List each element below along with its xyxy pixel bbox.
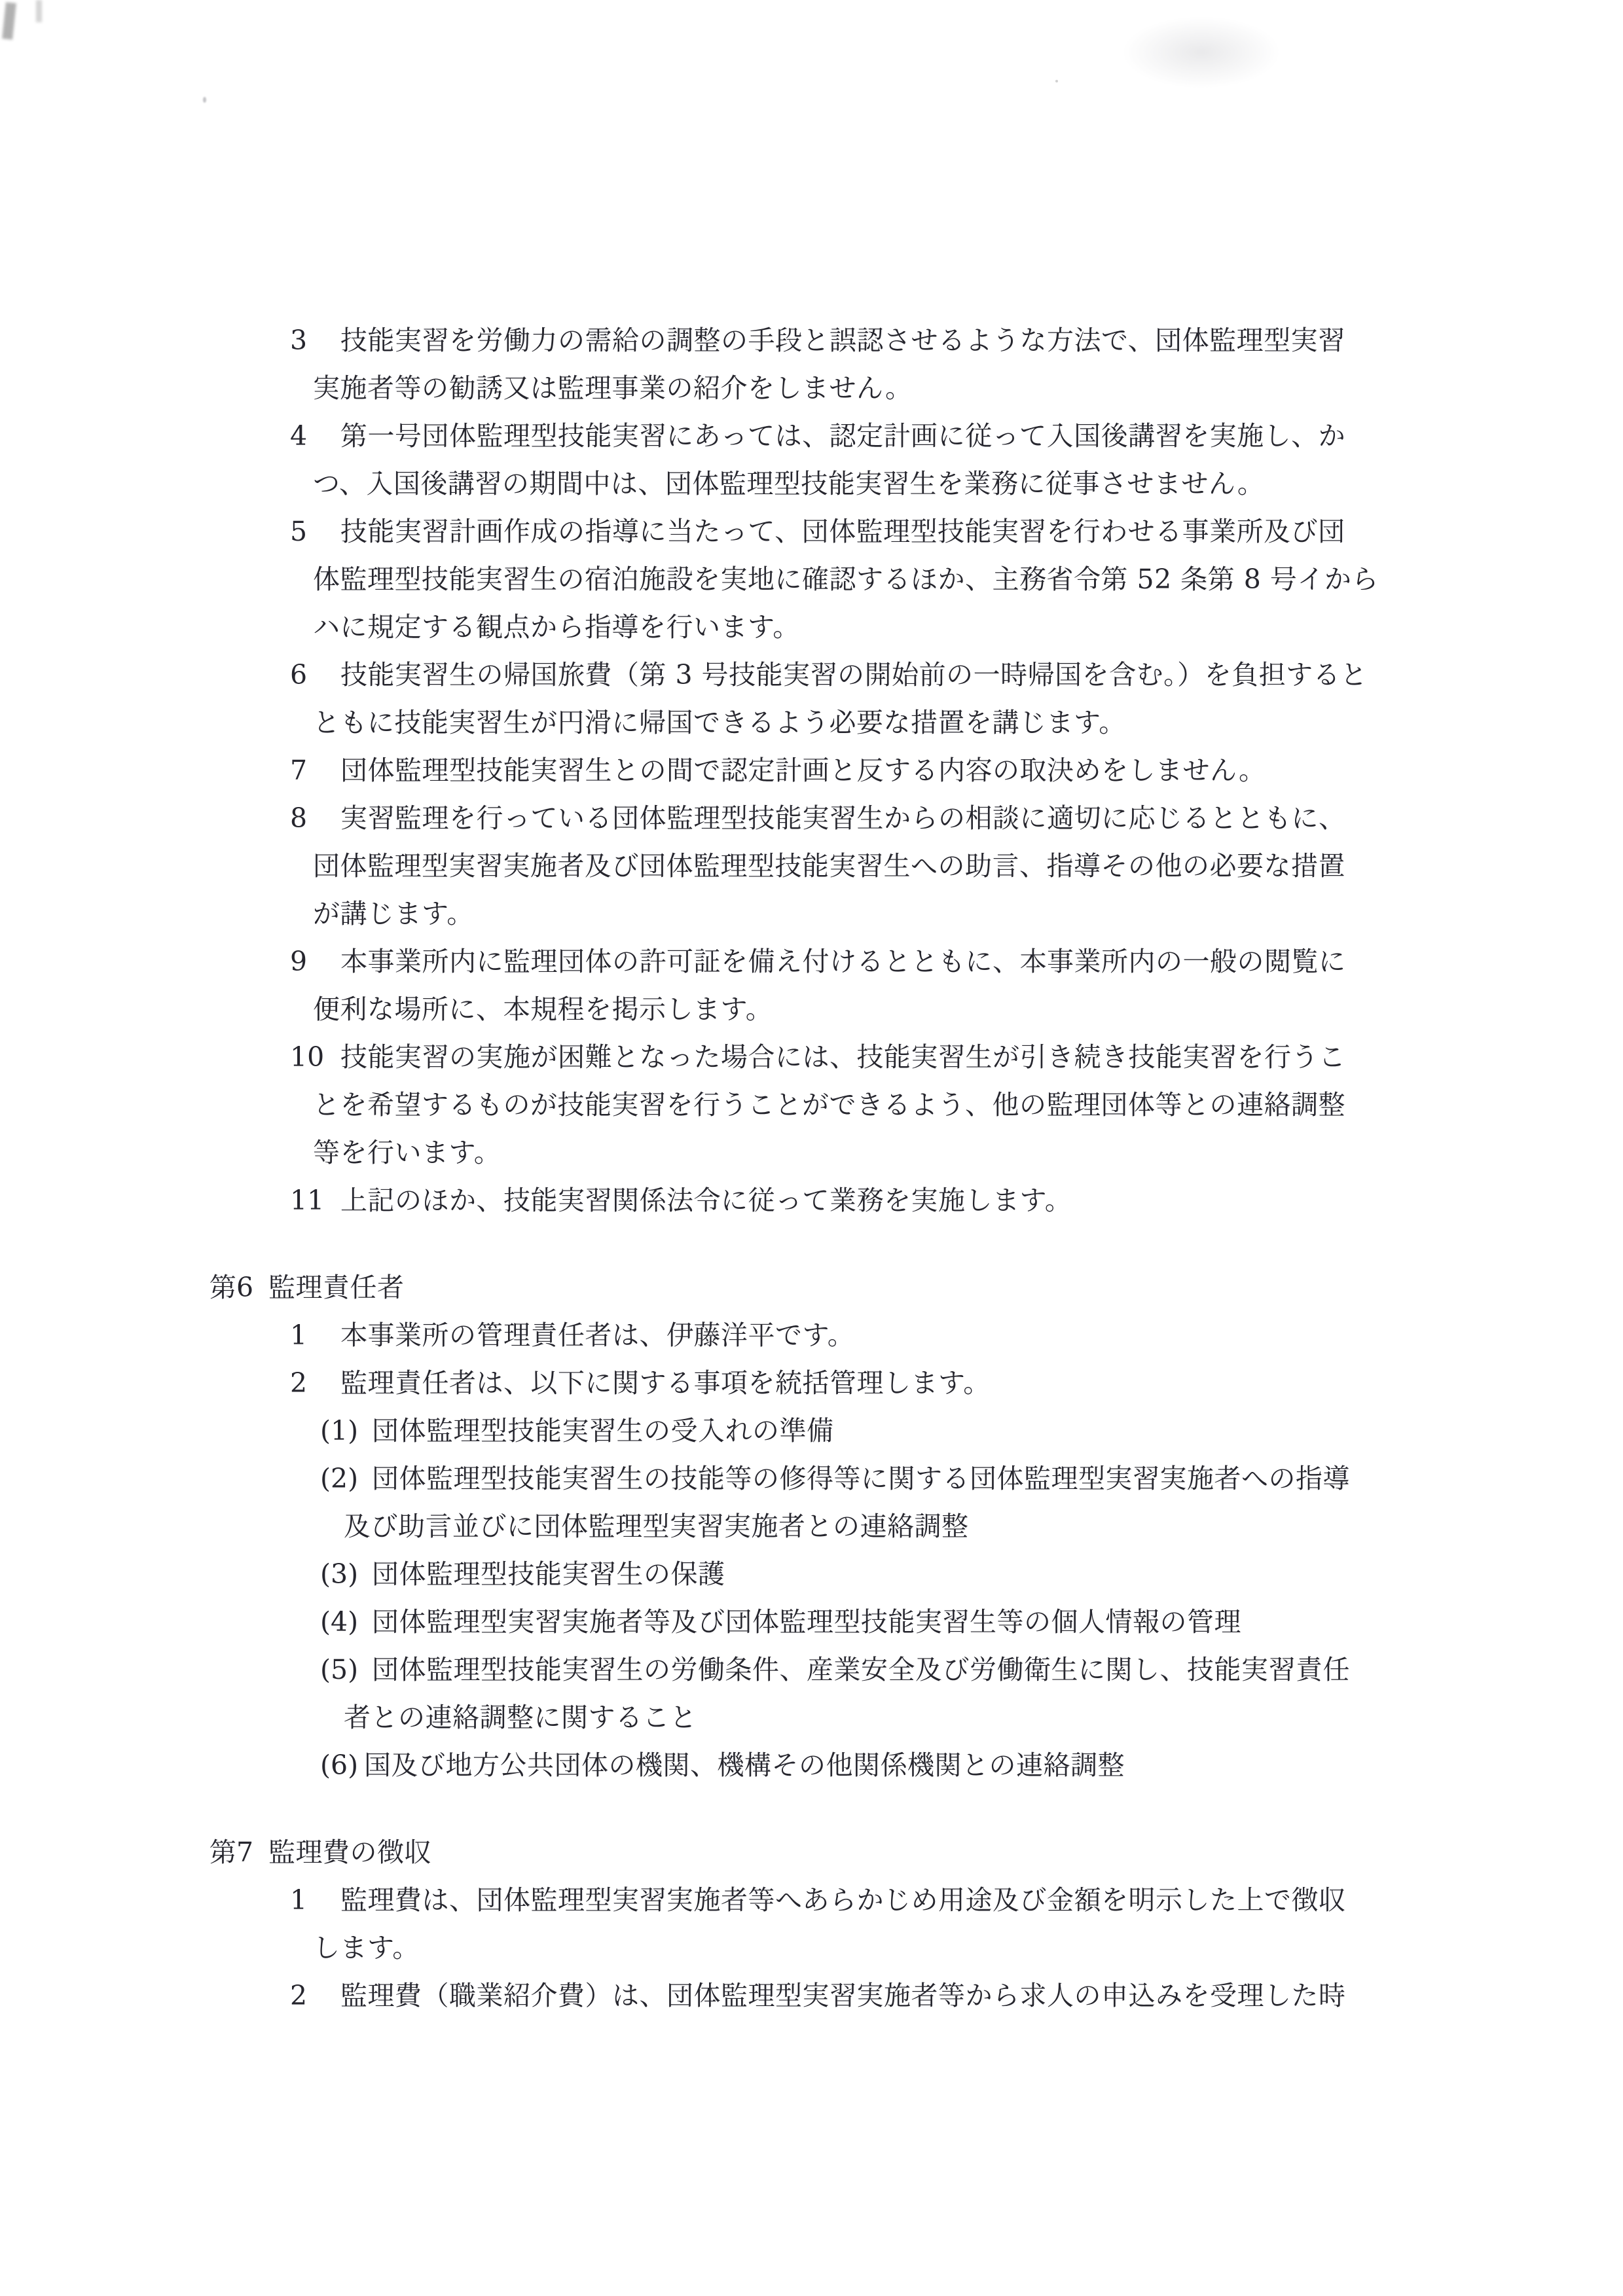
clause-item-line: 9本事業所内に監理団体の許可証を備え付けるとともに、本事業所内の一般の閲覧に	[0, 938, 1623, 986]
clause-text: ともに技能実習生が円滑に帰国できるよう必要な措置を講じます。	[313, 707, 1126, 738]
clause-text: 監理費は、団体監理型実習実施者等へあらかじめ用途及び金額を明示した上で徴収	[340, 1884, 1346, 1916]
clause-number: 11	[290, 1177, 324, 1225]
clause-text: 実習監理を行っている団体監理型技能実習生からの相談に適切に応じるとともに、	[340, 802, 1346, 834]
subitem-number: (4)	[320, 1598, 358, 1646]
subitem-number: (5)	[320, 1646, 358, 1694]
clause-number: 3	[290, 317, 307, 365]
subitem-line: (5)団体監理型技能実習生の労働条件、産業安全及び労働衛生に関し、技能実習責任	[0, 1646, 1623, 1694]
clause-continuation-line: 実施者等の勧誘又は監理事業の紹介をしません。	[0, 365, 1623, 412]
subitem-line: (4)団体監理型実習実施者等及び団体監理型技能実習生等の個人情報の管理	[0, 1598, 1623, 1646]
clause-continuation-line: が講じます。	[0, 890, 1623, 938]
clause-continuation-line: ハに規定する観点から指導を行います。	[0, 603, 1623, 651]
document-body: 3技能実習を労働力の需給の調整の手段と誤認させるような方法で、団体監理型実習 実…	[0, 0, 1623, 2020]
clause-item-line: 6技能実習生の帰国旅費（第 3 号技能実習の開始前の一時帰国を含む。）を負担する…	[0, 651, 1623, 699]
clause-item-line: 3技能実習を労働力の需給の調整の手段と誤認させるような方法で、団体監理型実習	[0, 317, 1623, 365]
section-heading: 第7監理費の徴収	[0, 1829, 1623, 1876]
clause-continuation-line: します。	[0, 1924, 1623, 1972]
clause-number: 2	[290, 1359, 307, 1407]
clause-continuation-line: 体監理型技能実習生の宿泊施設を実地に確認するほか、主務省令第 52 条第 8 号…	[0, 556, 1623, 603]
subitem-number: (1)	[320, 1407, 358, 1455]
clause-text: 上記のほか、技能実習関係法令に従って業務を実施します。	[340, 1185, 1072, 1216]
blank-line	[0, 1225, 1623, 1264]
subitem-text: 団体監理型技能実習生の労働条件、産業安全及び労働衛生に関し、技能実習責任	[372, 1654, 1350, 1685]
subitem-text: 国及び地方公共団体の機関、機構その他関係機関との連絡調整	[364, 1749, 1125, 1781]
clause-continuation-line: 等を行います。	[0, 1129, 1623, 1177]
clause-continuation-line: 便利な場所に、本規程を掲示します。	[0, 986, 1623, 1033]
clause-number: 10	[290, 1033, 324, 1081]
clause-text: とを希望するものが技能実習を行うことができるよう、他の監理団体等との連絡調整	[313, 1089, 1345, 1121]
section-title: 監理費の徴収	[268, 1837, 431, 1868]
clause-item-line: 2監理費（職業紹介費）は、団体監理型実習実施者等から求人の申込みを受理した時	[0, 1972, 1623, 2020]
clause-item-line: 1本事業所の管理責任者は、伊藤洋平です。	[0, 1312, 1623, 1359]
document-page: { "colors": { "text": "#26262e", "backgr…	[0, 0, 1623, 2296]
clause-item-line: 7団体監理型技能実習生との間で認定計画と反する内容の取決めをしません。	[0, 747, 1623, 795]
clause-text: 監理責任者は、以下に関する事項を統括管理します。	[340, 1367, 991, 1399]
subitem-line: (1)団体監理型技能実習生の受入れの準備	[0, 1407, 1623, 1455]
clause-text: 便利な場所に、本規程を掲示します。	[313, 994, 773, 1025]
subitem-text: 及び助言並びに団体監理型実習実施者との連絡調整	[344, 1511, 969, 1542]
clause-text: 本事業所内に監理団体の許可証を備え付けるとともに、本事業所内の一般の閲覧に	[340, 946, 1346, 977]
clause-item-line: 5技能実習計画作成の指導に当たって、団体監理型技能実習を行わせる事業所及び団	[0, 508, 1623, 556]
subitem-continuation-line: 者との連絡調整に関すること	[0, 1694, 1623, 1742]
section-number: 第7	[210, 1829, 253, 1876]
subitem-line: (3)団体監理型技能実習生の保護	[0, 1551, 1623, 1598]
clause-number: 6	[290, 651, 307, 699]
subitem-text: 団体監理型技能実習生の受入れの準備	[372, 1415, 834, 1446]
section-number: 第6	[210, 1264, 253, 1312]
clause-item-line: 8実習監理を行っている団体監理型技能実習生からの相談に適切に応じるとともに、	[0, 795, 1623, 842]
clause-number: 1	[290, 1312, 307, 1359]
clause-text: 技能実習生の帰国旅費（第 3 号技能実習の開始前の一時帰国を含む。）を負担すると	[340, 659, 1368, 691]
section-title: 監理責任者	[268, 1272, 405, 1303]
clause-text: 技能実習の実施が困難となった場合には、技能実習生が引き続き技能実習を行うこ	[340, 1041, 1346, 1073]
clause-text: 監理費（職業紹介費）は、団体監理型実習実施者等から求人の申込みを受理した時	[340, 1980, 1346, 2011]
subitem-line: (6)国及び地方公共団体の機関、機構その他関係機関との連絡調整	[0, 1742, 1623, 1789]
clause-text: 実施者等の勧誘又は監理事業の紹介をしません。	[313, 372, 912, 404]
clause-number: 8	[290, 795, 307, 842]
clause-number: 4	[290, 412, 307, 460]
clause-number: 9	[290, 938, 307, 986]
subitem-line: (2)団体監理型技能実習生の技能等の修得等に関する団体監理型実習実施者への指導	[0, 1455, 1623, 1503]
clause-number: 1	[290, 1876, 307, 1924]
clause-item-line: 10技能実習の実施が困難となった場合には、技能実習生が引き続き技能実習を行うこ	[0, 1033, 1623, 1081]
clause-text: 団体監理型実習実施者及び団体監理型技能実習生への助言、指導その他の必要な措置	[313, 850, 1345, 882]
clause-continuation-line: 団体監理型実習実施者及び団体監理型技能実習生への助言、指導その他の必要な措置	[0, 842, 1623, 890]
clause-number: 2	[290, 1972, 307, 2020]
clause-text: が講じます。	[313, 898, 474, 929]
clause-text: 技能実習を労働力の需給の調整の手段と誤認させるような方法で、団体監理型実習	[340, 325, 1345, 356]
clause-item-line: 11上記のほか、技能実習関係法令に従って業務を実施します。	[0, 1177, 1623, 1225]
subitem-number: (3)	[320, 1551, 358, 1598]
clause-item-line: 4第一号団体監理型技能実習にあっては、認定計画に従って入国後講習を実施し、か	[0, 412, 1623, 460]
subitem-text: 団体監理型技能実習生の技能等の修得等に関する団体監理型実習実施者への指導	[372, 1463, 1350, 1494]
clause-text: 等を行います。	[313, 1137, 501, 1168]
clause-text: 第一号団体監理型技能実習にあっては、認定計画に従って入国後講習を実施し、か	[340, 420, 1345, 452]
clause-text: 体監理型技能実習生の宿泊施設を実地に確認するほか、主務省令第 52 条第 8 号…	[313, 564, 1379, 595]
clause-continuation-line: とを希望するものが技能実習を行うことができるよう、他の監理団体等との連絡調整	[0, 1081, 1623, 1129]
subitem-number: (2)	[320, 1455, 358, 1503]
clause-text: 団体監理型技能実習生との間で認定計画と反する内容の取決めをしません。	[340, 755, 1266, 786]
clause-continuation-line: ともに技能実習生が円滑に帰国できるよう必要な措置を講じます。	[0, 699, 1623, 747]
clause-text: します。	[313, 1932, 420, 1964]
subitem-number: (6)	[320, 1742, 358, 1789]
clause-text: 本事業所の管理責任者は、伊藤洋平です。	[340, 1319, 854, 1351]
clause-number: 7	[290, 747, 307, 795]
clause-item-line: 2監理責任者は、以下に関する事項を統括管理します。	[0, 1359, 1623, 1407]
clause-text: ハに規定する観点から指導を行います。	[313, 611, 800, 643]
subitem-text: 者との連絡調整に関すること	[344, 1702, 697, 1733]
subitem-continuation-line: 及び助言並びに団体監理型実習実施者との連絡調整	[0, 1503, 1623, 1551]
clause-text: 技能実習計画作成の指導に当たって、団体監理型技能実習を行わせる事業所及び団	[340, 516, 1345, 547]
clause-text: つ、入国後講習の期間中は、団体監理型技能実習生を業務に従事させません。	[313, 468, 1264, 499]
clause-number: 5	[290, 508, 307, 556]
subitem-text: 団体監理型実習実施者等及び団体監理型技能実習生等の個人情報の管理	[372, 1606, 1241, 1638]
blank-line	[0, 1789, 1623, 1829]
clause-continuation-line: つ、入国後講習の期間中は、団体監理型技能実習生を業務に従事させません。	[0, 460, 1623, 508]
section-heading: 第6監理責任者	[0, 1264, 1623, 1312]
subitem-text: 団体監理型技能実習生の保護	[372, 1558, 725, 1590]
clause-item-line: 1監理費は、団体監理型実習実施者等へあらかじめ用途及び金額を明示した上で徴収	[0, 1876, 1623, 1924]
